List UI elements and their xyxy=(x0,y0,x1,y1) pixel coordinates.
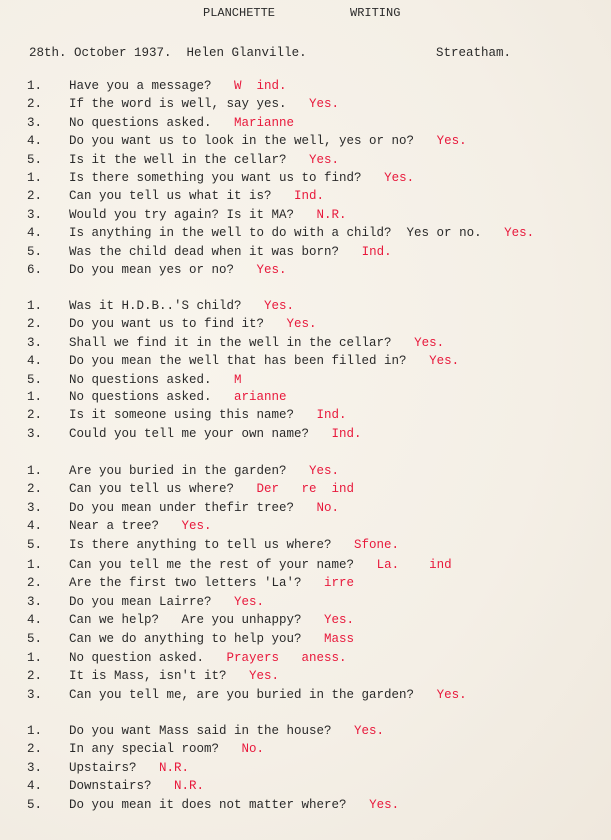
question-section: 1.Was it H.D.B..'S child? Yes.2.Do you w… xyxy=(27,297,611,389)
question-number: 1. xyxy=(27,169,42,187)
question-line: 1.Have you a message? W ind. xyxy=(27,77,611,95)
planchette-answer: Yes. xyxy=(504,226,534,240)
question-text: Do you want us to find it? Yes. xyxy=(69,315,317,333)
question-text: Do you mean Lairre? Yes. xyxy=(69,593,264,611)
planchette-answer: N.R. xyxy=(317,208,347,222)
question-text: Have you a message? W ind. xyxy=(69,77,287,95)
question-number: 3. xyxy=(27,206,42,224)
question-text: Can we help? Are you unhappy? Yes. xyxy=(69,611,354,629)
question-line: 1.No questions asked. arianne xyxy=(27,388,611,406)
planchette-answer: Yes. xyxy=(429,354,459,368)
session-header: 28th. October 1937. Helen Glanville. Str… xyxy=(29,46,589,60)
planchette-answer: Der re ind xyxy=(257,482,355,496)
planchette-answer: Mass xyxy=(324,632,354,646)
question-text: Can you tell us where? Der re ind xyxy=(69,480,354,498)
question-section: 1.Are you buried in the garden? Yes.2.Ca… xyxy=(27,462,611,554)
document-page: PLANCHETTE WRITING 28th. October 1937. H… xyxy=(0,0,611,840)
question-number: 4. xyxy=(27,352,42,370)
question-text: Is there anything to tell us where? Sfon… xyxy=(69,536,399,554)
question-line: 2.In any special room? No. xyxy=(27,740,611,758)
question-number: 4. xyxy=(27,777,42,795)
planchette-answer: Yes. xyxy=(414,336,444,350)
question-line: 1.No question asked. Prayers aness. xyxy=(27,649,611,667)
question-number: 1. xyxy=(27,77,42,95)
question-number: 2. xyxy=(27,315,42,333)
question-text: Do you want us to look in the well, yes … xyxy=(69,132,467,150)
question-text: No questions asked. M xyxy=(69,371,242,389)
question-line: 3.Would you try again? Is it MA? N.R. xyxy=(27,206,611,224)
question-text: No questions asked. Marianne xyxy=(69,114,294,132)
planchette-answer: Yes. xyxy=(287,317,317,331)
question-text: Was it H.D.B..'S child? Yes. xyxy=(69,297,294,315)
question-text: Are the first two letters 'La'? irre xyxy=(69,574,354,592)
question-section: 1.No questions asked. arianne2.Is it som… xyxy=(27,388,611,443)
question-line: 3.Can you tell me, are you buried in the… xyxy=(27,686,611,704)
question-text: Would you try again? Is it MA? N.R. xyxy=(69,206,347,224)
question-text: Upstairs? N.R. xyxy=(69,759,189,777)
question-line: 4.Can we help? Are you unhappy? Yes. xyxy=(27,611,611,629)
question-text: Near a tree? Yes. xyxy=(69,517,212,535)
question-line: 4.Near a tree? Yes. xyxy=(27,517,611,535)
planchette-answer: Ind. xyxy=(317,408,347,422)
question-line: 2.Can you tell us what it is? Ind. xyxy=(27,187,611,205)
planchette-answer: Marianne xyxy=(234,116,294,130)
planchette-answer: Yes. xyxy=(324,613,354,627)
question-text: No question asked. Prayers aness. xyxy=(69,649,347,667)
question-line: 5.Is it the well in the cellar? Yes. xyxy=(27,151,611,169)
session-place: Streatham. xyxy=(436,46,511,60)
planchette-answer: Ind. xyxy=(362,245,392,259)
planchette-answer: N.R. xyxy=(174,779,204,793)
question-text: Do you mean it does not matter where? Ye… xyxy=(69,796,399,814)
question-section: 1.Can you tell me the rest of your name?… xyxy=(27,556,611,648)
question-line: 4.Is anything in the well to do with a c… xyxy=(27,224,611,242)
question-text: Downstairs? N.R. xyxy=(69,777,204,795)
planchette-answer: Yes. xyxy=(257,263,287,277)
planchette-answer: La. ind xyxy=(377,558,452,572)
question-text: Do you mean yes or no? Yes. xyxy=(69,261,287,279)
planchette-answer: Yes. xyxy=(437,688,467,702)
question-number: 3. xyxy=(27,425,42,443)
question-number: 1. xyxy=(27,649,42,667)
question-text: Do you mean the well that has been fille… xyxy=(69,352,459,370)
planchette-answer: arianne xyxy=(234,390,287,404)
planchette-answer: Yes. xyxy=(234,595,264,609)
planchette-answer: Sfone. xyxy=(354,538,399,552)
planchette-answer: Yes. xyxy=(384,171,414,185)
question-line: 1.Is there something you want us to find… xyxy=(27,169,611,187)
planchette-answer: Ind. xyxy=(294,189,324,203)
planchette-answer: Yes. xyxy=(437,134,467,148)
session-person: Helen Glanville. xyxy=(187,46,307,60)
question-number: 4. xyxy=(27,132,42,150)
planchette-answer: Yes. xyxy=(182,519,212,533)
session-date: 28th. October 1937. xyxy=(29,46,172,60)
question-line: 2.It is Mass, isn't it? Yes. xyxy=(27,667,611,685)
question-line: 2.Do you want us to find it? Yes. xyxy=(27,315,611,333)
planchette-answer: Yes. xyxy=(354,724,384,738)
question-number: 4. xyxy=(27,224,42,242)
question-text: Do you mean under thefir tree? No. xyxy=(69,499,339,517)
question-text: Is there something you want us to find? … xyxy=(69,169,414,187)
title-planchette: PLANCHETTE xyxy=(203,6,275,20)
question-section: 1.Have you a message? W ind.2.If the wor… xyxy=(27,77,611,169)
question-number: 5. xyxy=(27,151,42,169)
question-section: 1.Is there something you want us to find… xyxy=(27,169,611,279)
question-number: 3. xyxy=(27,499,42,517)
question-number: 4. xyxy=(27,611,42,629)
question-line: 6.Do you mean yes or no? Yes. xyxy=(27,261,611,279)
question-text: Is it the well in the cellar? Yes. xyxy=(69,151,339,169)
planchette-answer: N.R. xyxy=(159,761,189,775)
planchette-answer: Yes. xyxy=(309,464,339,478)
question-text: In any special room? No. xyxy=(69,740,264,758)
question-line: 3.Upstairs? N.R. xyxy=(27,759,611,777)
question-line: 2.Can you tell us where? Der re ind xyxy=(27,480,611,498)
question-text: Can you tell us what it is? Ind. xyxy=(69,187,324,205)
question-line: 3.Do you mean under thefir tree? No. xyxy=(27,499,611,517)
question-text: Do you want Mass said in the house? Yes. xyxy=(69,722,384,740)
question-line: 5.Can we do anything to help you? Mass xyxy=(27,630,611,648)
question-line: 1.Do you want Mass said in the house? Ye… xyxy=(27,722,611,740)
question-number: 2. xyxy=(27,574,42,592)
question-number: 1. xyxy=(27,462,42,480)
planchette-answer: W ind. xyxy=(234,79,287,93)
question-line: 2.If the word is well, say yes. Yes. xyxy=(27,95,611,113)
question-line: 4.Do you mean the well that has been fil… xyxy=(27,352,611,370)
question-line: 4.Downstairs? N.R. xyxy=(27,777,611,795)
question-section: 1.No question asked. Prayers aness.2.It … xyxy=(27,649,611,704)
question-number: 6. xyxy=(27,261,42,279)
question-line: 1.Was it H.D.B..'S child? Yes. xyxy=(27,297,611,315)
question-text: It is Mass, isn't it? Yes. xyxy=(69,667,279,685)
question-text: Shall we find it in the well in the cell… xyxy=(69,334,444,352)
question-line: 3.Do you mean Lairre? Yes. xyxy=(27,593,611,611)
planchette-answer: Yes. xyxy=(249,669,279,683)
question-number: 3. xyxy=(27,686,42,704)
question-line: 3.Could you tell me your own name? Ind. xyxy=(27,425,611,443)
planchette-answer: M xyxy=(234,373,242,387)
question-section: 1.Do you want Mass said in the house? Ye… xyxy=(27,722,611,814)
question-text: Was the child dead when it was born? Ind… xyxy=(69,243,392,261)
question-text: Can you tell me the rest of your name? L… xyxy=(69,556,452,574)
question-text: If the word is well, say yes. Yes. xyxy=(69,95,339,113)
question-number: 3. xyxy=(27,334,42,352)
planchette-answer: Yes. xyxy=(309,153,339,167)
question-line: 4.Do you want us to look in the well, ye… xyxy=(27,132,611,150)
question-line: 5.Do you mean it does not matter where? … xyxy=(27,796,611,814)
planchette-answer: Yes. xyxy=(369,798,399,812)
question-number: 1. xyxy=(27,556,42,574)
question-line: 1.Are you buried in the garden? Yes. xyxy=(27,462,611,480)
planchette-answer: Yes. xyxy=(309,97,339,111)
question-number: 2. xyxy=(27,667,42,685)
question-number: 4. xyxy=(27,517,42,535)
question-text: Is anything in the well to do with a chi… xyxy=(69,224,534,242)
question-text: Are you buried in the garden? Yes. xyxy=(69,462,339,480)
question-number: 2. xyxy=(27,187,42,205)
question-line: 2.Are the first two letters 'La'? irre xyxy=(27,574,611,592)
question-text: Is it someone using this name? Ind. xyxy=(69,406,347,424)
question-line: 1.Can you tell me the rest of your name?… xyxy=(27,556,611,574)
question-number: 3. xyxy=(27,759,42,777)
question-line: 3.Shall we find it in the well in the ce… xyxy=(27,334,611,352)
planchette-answer: Prayers aness. xyxy=(227,651,347,665)
question-number: 5. xyxy=(27,536,42,554)
question-number: 2. xyxy=(27,740,42,758)
question-number: 3. xyxy=(27,114,42,132)
question-text: Could you tell me your own name? Ind. xyxy=(69,425,362,443)
question-line: 5.Is there anything to tell us where? Sf… xyxy=(27,536,611,554)
question-number: 1. xyxy=(27,297,42,315)
planchette-answer: No. xyxy=(317,501,340,515)
question-text: Can we do anything to help you? Mass xyxy=(69,630,354,648)
question-number: 1. xyxy=(27,722,42,740)
question-number: 5. xyxy=(27,630,42,648)
title-writing: WRITING xyxy=(350,6,400,20)
question-text: Can you tell me, are you buried in the g… xyxy=(69,686,467,704)
question-line: 3.No questions asked. Marianne xyxy=(27,114,611,132)
planchette-answer: Yes. xyxy=(264,299,294,313)
question-number: 2. xyxy=(27,406,42,424)
planchette-answer: Ind. xyxy=(332,427,362,441)
question-line: 5.Was the child dead when it was born? I… xyxy=(27,243,611,261)
question-number: 5. xyxy=(27,243,42,261)
question-line: 5.No questions asked. M xyxy=(27,371,611,389)
question-number: 5. xyxy=(27,371,42,389)
question-number: 2. xyxy=(27,95,42,113)
planchette-answer: irre xyxy=(324,576,354,590)
question-number: 5. xyxy=(27,796,42,814)
question-number: 3. xyxy=(27,593,42,611)
question-line: 2.Is it someone using this name? Ind. xyxy=(27,406,611,424)
question-text: No questions asked. arianne xyxy=(69,388,287,406)
question-number: 1. xyxy=(27,388,42,406)
question-number: 2. xyxy=(27,480,42,498)
planchette-answer: No. xyxy=(242,742,265,756)
